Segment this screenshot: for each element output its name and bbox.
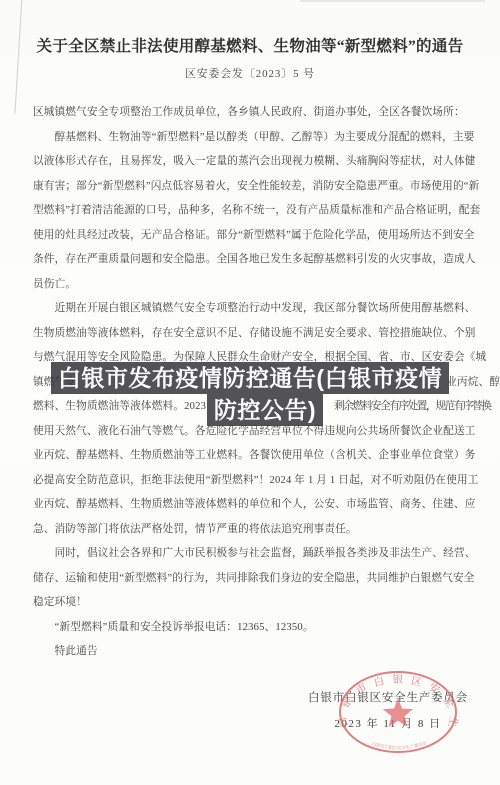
body-line: 特此通告 <box>33 640 467 665</box>
body-line: 醇基燃料、生物油等“新型燃料”是以醇类（甲醇、乙醇等）为主要成分混配的燃料，主要 <box>33 126 467 151</box>
body-line: “新型燃料”质量和安全投诉举报电话：12365、12350。 <box>33 616 467 641</box>
scanned-notice-page: 关于全区禁止非法使用醇基燃料、生物油等“新型燃料”的通告 区安委会发〔2023〕… <box>0 0 500 785</box>
body-line: 生物质燃油等液体燃料，存在安全意识不足、存储设施不满足安全要求、管控措施缺位、个… <box>33 322 467 347</box>
overlay-line: 白银市发布疫情防控通告(白银市疫情 <box>0 362 500 394</box>
document-number: 区安委会发〔2023〕5 号 <box>33 67 467 81</box>
body-line: 康有害；部分“新型燃料”闪点低容易着火，安全性能较差，消防安全隐患严重。市场使用… <box>33 175 467 200</box>
body-line: 必提高安全防范意识，拒绝非法使用“新型燃料”！2024 年 1 月 1 日起，对… <box>33 469 467 494</box>
body-line: 员伤亡。 <box>33 273 467 298</box>
watermark-caption-overlay: 白银市发布疫情防控通告(白银市疫情 防控公告) <box>0 362 500 426</box>
body-line: 储存、运输和使用“新型燃料”的行为，共同排除我们身边的安全隐患，共同维护白银燃气… <box>33 567 467 592</box>
body-line: 型燃料”打着清洁能源的口号，品种多，名称不统一，没有产品质量标准和产品合格证明，… <box>33 199 467 224</box>
page-title: 关于全区禁止非法使用醇基燃料、生物油等“新型燃料”的通告 <box>33 36 467 58</box>
overlay-caption-text: 白银市发布疫情防控通告(白银市疫情 <box>51 362 449 394</box>
body-line: 稳定环境！ <box>33 591 467 616</box>
overlay-caption-text: 防控公告) <box>207 394 323 426</box>
document-content: 关于全区禁止非法使用醇基燃料、生物油等“新型燃料”的通告 区安委会发〔2023〕… <box>33 0 467 665</box>
body-line: 业丙烷、醇基燃料、生物质燃油等工业燃料。各餐饮使用单位（含机关、企事业单位食堂）… <box>33 444 467 469</box>
body-line: 业丙烷、醇基燃料、生物质燃油等液体燃料的单位和个人，公安、市场监管、商务、住建、… <box>33 493 467 518</box>
body-line: 条件，存在严重质量问题和安全隐患。全国各地已发生多起醇基燃料引发的火灾事故，造成… <box>33 248 467 273</box>
official-red-stamp: 白银市白银区安全生产委员会 白银市白银区安全生产委员会 <box>330 668 470 760</box>
body-line: 以液体形式存在，且易挥发，吸入一定量的蒸汽会出现视力模糊、头痛胸闷等症状，对人体… <box>33 150 467 175</box>
body-line: 使用的灶具经过改装，无产品合格证。部分“新型燃料”属于危险化学品，使用场所达不到… <box>33 224 467 249</box>
stamp-star-icon <box>383 698 413 727</box>
body-line: 近期在开展白银区城镇燃气安全专项整治行动中发现，我区部分餐饮场所使用醇基燃料、 <box>33 297 467 322</box>
body-line: 同时，倡议社会各界和广大市民积极参与社会监督，踊跃举报各类涉及非法生产、经营、 <box>33 542 467 567</box>
body-line: 急、消防等部门将依法严格处罚，情节严重的将依法追究刑事责任。 <box>33 518 467 543</box>
scan-artifact-line <box>14 0 22 114</box>
overlay-line: 防控公告) <box>0 394 500 426</box>
body-line: 区城镇燃气安全专项整治工作成员单位，各乡镇人民政府、街道办事处，全区各餐饮场所： <box>33 101 467 126</box>
